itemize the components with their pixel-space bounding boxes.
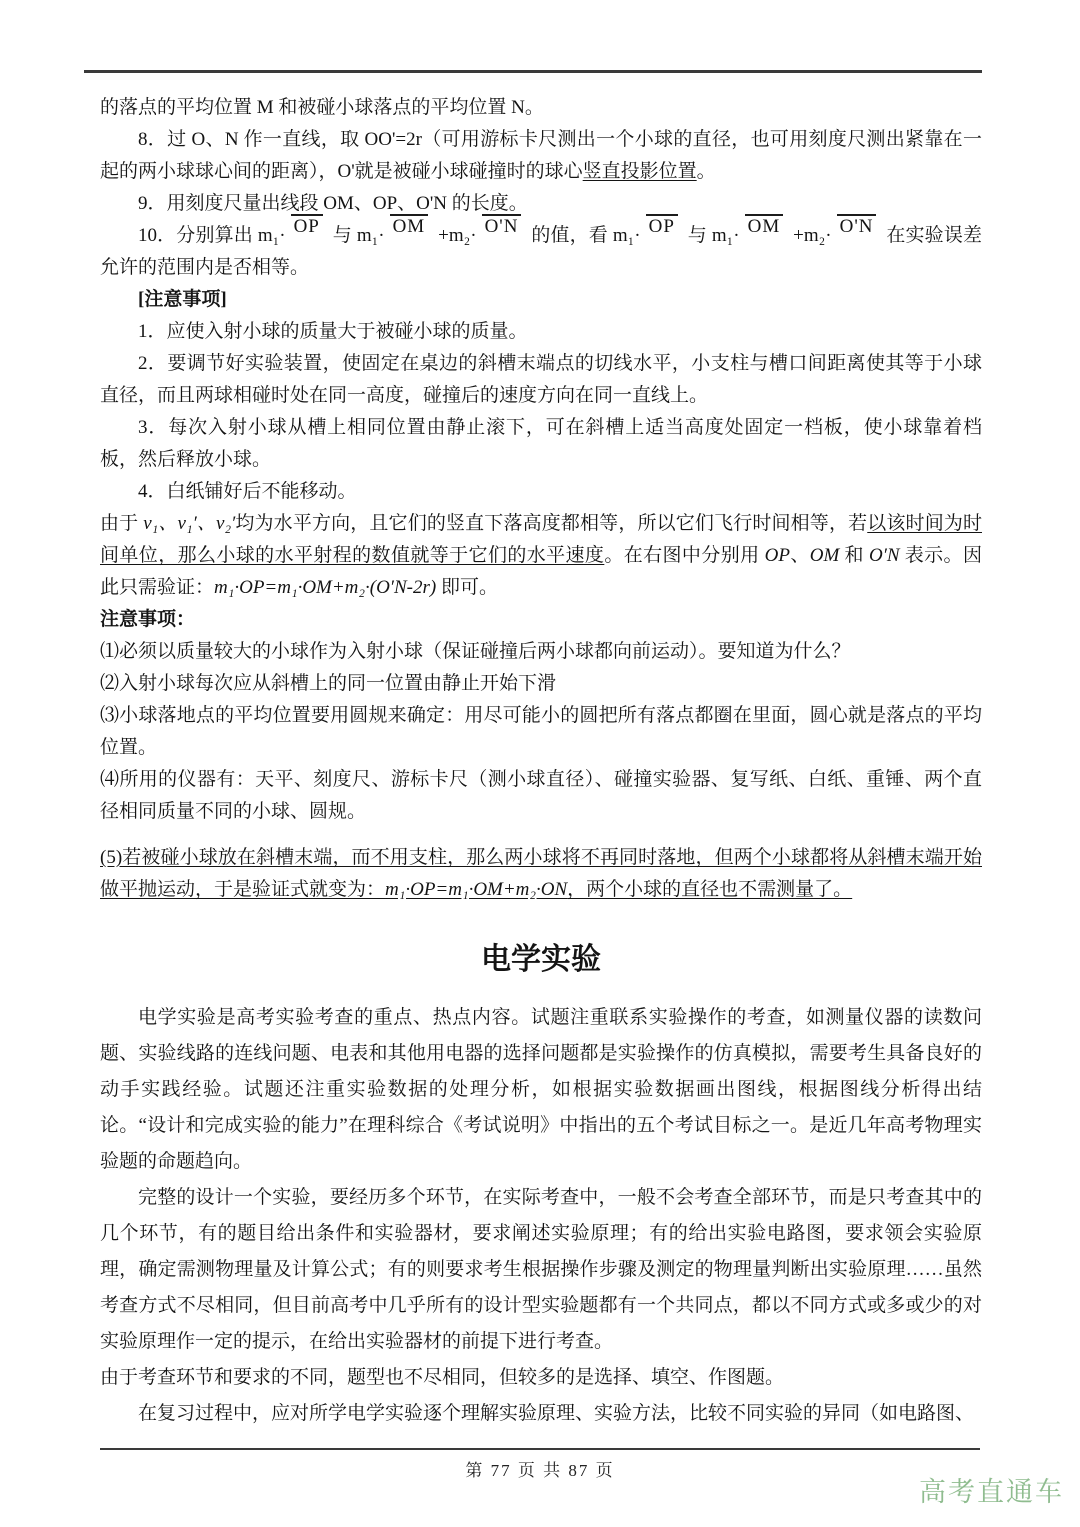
caution-1: ⑴必须以质量较大的小球作为入射小球（保证碰撞后两小球都向前运动）。要知道为什么？	[100, 636, 982, 668]
text: 和	[839, 545, 869, 566]
sec2-paragraph-1: 电学实验是高考实验考查的重点、热点内容。试题注重联系实验操作的考查，如测量仪器的…	[100, 1000, 982, 1180]
step-8-paragraph: 8．过 O、N 作一直线，取 OO'=2r（可用游标卡尺测出一个小球的直径，也可…	[100, 124, 982, 188]
text: 、	[790, 545, 810, 566]
formula-text: +m₂·	[433, 225, 476, 246]
notes2-header: 注意事项：	[100, 604, 982, 636]
velocity-variables: v₁、v₁′、v₂′	[143, 513, 235, 534]
step-8-underlined-text: 竖直投影位置	[583, 161, 697, 182]
page-number: 第 77 页 共 87 页	[0, 1456, 1080, 1481]
formula-text: 的值，看 m₁·	[526, 225, 640, 246]
overline-OM: OM	[390, 214, 429, 237]
text: 即可。	[436, 577, 498, 598]
watermark: 高考直通车	[919, 1470, 1064, 1509]
caution-2: ⑵入射小球每次应从斜槽上的同一位置由静止开始下滑	[100, 668, 982, 700]
overline-OP: OP	[291, 214, 323, 237]
formula-text: 10．分别算出 m₁·	[138, 225, 286, 246]
header-divider	[84, 70, 982, 73]
note-3: 3．每次入射小球从槽上相同位置由静止滚下，可在斜槽上适当高度处固定一档板，使小球…	[100, 412, 982, 476]
caution-3: ⑶小球落地点的平均位置要用圆规来确定：用尽可能小的圆把所有落点都圈在里面，圆心就…	[100, 700, 982, 764]
electrical-experiments-section: 电学实验 电学实验是高考实验考查的重点、热点内容。试题注重联系实验操作的考查，如…	[100, 940, 982, 1432]
caution-5-underlined: (5)若被碰小球放在斜槽末端，而不用支柱，那么两小球将不再同时落地，但两个小球都…	[100, 842, 982, 906]
text: ，两个小球的直径也不需测量了。	[567, 879, 852, 900]
formula-text: +m₂·	[788, 225, 831, 246]
intro-paragraph: 的落点的平均位置 M 和被碰小球落点的平均位置 N。	[100, 92, 982, 124]
text: 由于	[100, 513, 143, 534]
overline-ON: O'N	[482, 214, 522, 237]
footer-divider	[100, 1448, 980, 1450]
sec2-paragraph-3: 由于考查环节和要求的不同，题型也不尽相同，但较多的是选择、填空、作图题。	[100, 1360, 982, 1396]
overline-OM: OM	[745, 214, 784, 237]
text: 均为水平方向，且它们的竖直下落高度都相等，所以它们飞行时间相等，若	[235, 513, 867, 534]
sec2-paragraph-2: 完整的设计一个实验，要经历多个环节，在实际考查中，一般不会考查全部环节，而是只考…	[100, 1180, 982, 1360]
var-ON: O′N	[869, 545, 900, 566]
derivation-paragraph: 由于 v₁、v₁′、v₂′均为水平方向，且它们的竖直下落高度都相等，所以它们飞行…	[100, 508, 982, 604]
text: 。在右图中分别用	[604, 545, 764, 566]
note-1: 1．应使入射小球的质量大于被碰小球的质量。	[100, 316, 982, 348]
step-10-formula-paragraph: 10．分别算出 m₁·OP 与 m₁·OM +m₂·O'N 的值，看 m₁·OP…	[100, 220, 982, 284]
note-4: 4．白纸铺好后不能移动。	[100, 476, 982, 508]
step-8-text: 8．过 O、N 作一直线，取 OO'=2r（可用游标卡尺测出一个小球的直径，也可…	[100, 129, 982, 182]
overline-ON: O'N	[837, 214, 877, 237]
caution-4: ⑷所用的仪器有：天平、刻度尺、游标卡尺（测小球直径）、碰撞实验器、复写纸、白纸、…	[100, 764, 982, 828]
overline-OP: OP	[646, 214, 678, 237]
var-OM: OM	[810, 545, 840, 566]
section-title: 电学实验	[100, 940, 982, 980]
document-page: 的落点的平均位置 M 和被碰小球落点的平均位置 N。 8．过 O、N 作一直线，…	[0, 0, 1080, 1527]
formula-text: 与 m₁·	[683, 225, 740, 246]
formula-text: 与 m₁·	[328, 225, 385, 246]
var-OP: OP	[765, 545, 790, 566]
notes-header-bracketed: [注意事项]	[100, 284, 982, 316]
simplified-equation: m₁·OP=m₁·OM+m₂·ON	[385, 879, 567, 900]
sec2-paragraph-4: 在复习过程中，应对所学电学实验逐个理解实验原理、实验方法，比较不同实验的异同（如…	[100, 1396, 982, 1432]
note-2: 2．要调节好实验装置，使固定在桌边的斜槽末端点的切线水平，小支柱与槽口间距离使其…	[100, 348, 982, 412]
step-8-period: 。	[697, 161, 716, 182]
verification-equation: m₁·OP=m₁·OM+m₂·(O′N-2r)	[214, 577, 436, 598]
page-content: 的落点的平均位置 M 和被碰小球落点的平均位置 N。 8．过 O、N 作一直线，…	[100, 92, 982, 1432]
